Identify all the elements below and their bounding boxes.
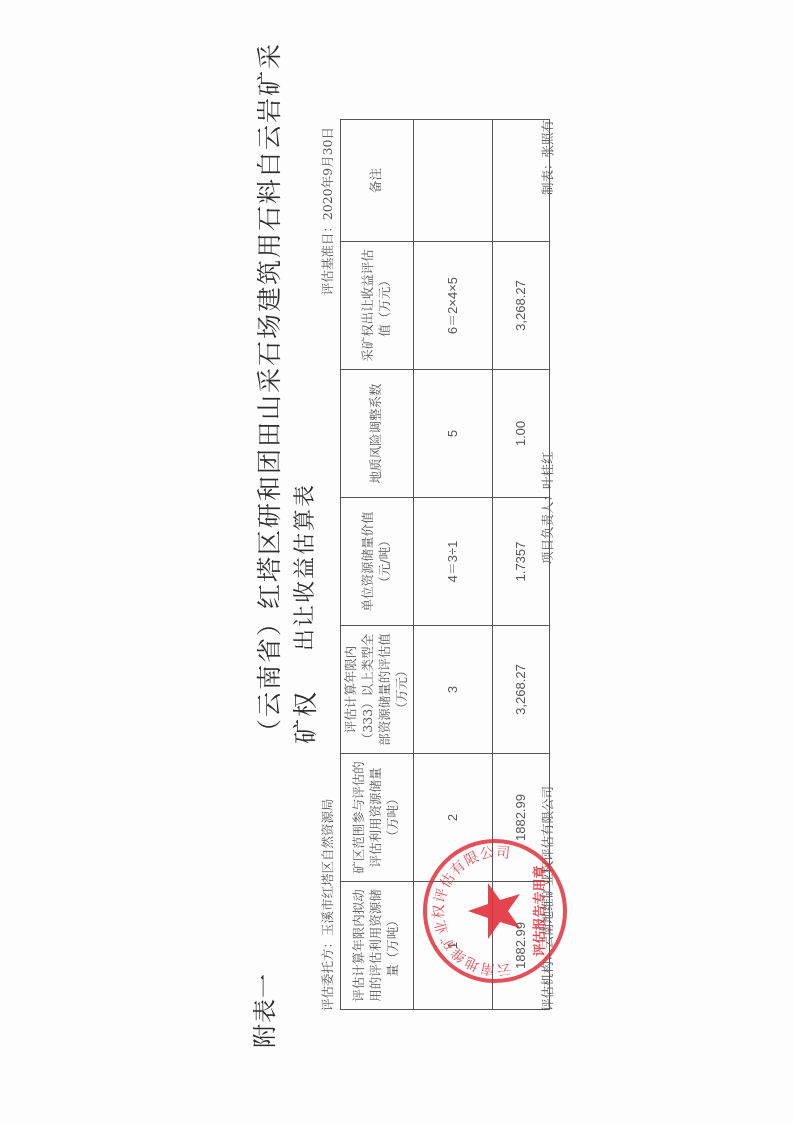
org-value: 云南地维矿业权评估有限公司	[540, 786, 555, 949]
document-subtitle: 出让收益估算表	[288, 0, 319, 1124]
table-cell: 6＝2×4×5	[413, 242, 492, 370]
column-header: 单位资源储量价值（元/吨）	[341, 498, 414, 626]
table-maker-line: 制表：张照有	[538, 120, 556, 195]
maker-value: 张照有	[540, 120, 555, 158]
evaluation-org-line: 评估机构：云南地维矿业权评估有限公司	[538, 786, 556, 1011]
column-header: 矿区范围参与评估的评估利用资源储量（万吨）	[341, 754, 414, 882]
column-index-row: 1 2 3 4＝3÷1 5 6＝2×4×5	[413, 120, 492, 1010]
table-cell: 3,268.27	[492, 242, 549, 370]
column-header: 采矿权出让收益评估值（万元）	[341, 242, 414, 370]
table-cell: 3	[413, 626, 492, 754]
document-subtitle-text: 出让收益估算表	[288, 483, 319, 651]
appendix-label: 附表一	[245, 973, 280, 1048]
lead-value: 叶桂红	[540, 451, 555, 489]
base-date-line: 评估基准日：2020年9月30日	[318, 127, 336, 295]
table-cell: 3,268.27	[492, 626, 549, 754]
client-label: 评估委托方：	[320, 936, 335, 1011]
column-header: 评估计算年限内（333）以上类型全部资源储量的评估值（万元）	[341, 626, 414, 754]
rotated-document-page: 附表一 （云南省）红塔区研和团田山采石场建筑用石料白云岩矿采矿权 出让收益估算表…	[0, 0, 794, 1124]
estimate-table: 评估计算年限内拟动用的评估利用资源储量（万吨） 矿区范围参与评估的评估利用资源储…	[340, 119, 550, 1010]
table-cell: 4＝3÷1	[413, 498, 492, 626]
table-cell: 5	[413, 370, 492, 498]
table-header-row: 评估计算年限内拟动用的评估利用资源储量（万吨） 矿区范围参与评估的评估利用资源储…	[341, 120, 414, 1010]
maker-label: 制表：	[540, 158, 555, 196]
org-label: 评估机构：	[540, 948, 555, 1011]
column-header: 备注	[341, 120, 414, 242]
base-date-value: 2020年9月30日	[320, 127, 335, 220]
lead-label: 项目负责人：	[540, 489, 555, 564]
table-cell: 2	[413, 754, 492, 882]
table-cell	[413, 120, 492, 242]
project-lead-line: 项目负责人：叶桂红	[538, 451, 556, 564]
column-header: 地质风险调整系数	[341, 370, 414, 498]
base-date-label: 评估基准日：	[320, 220, 335, 295]
client-line: 评估委托方：玉溪市红塔区自然资源局	[318, 798, 336, 1011]
client-value: 玉溪市红塔区自然资源局	[320, 798, 335, 936]
table-cell: 1	[413, 882, 492, 1010]
column-header: 评估计算年限内拟动用的评估利用资源储量（万吨）	[341, 882, 414, 1010]
